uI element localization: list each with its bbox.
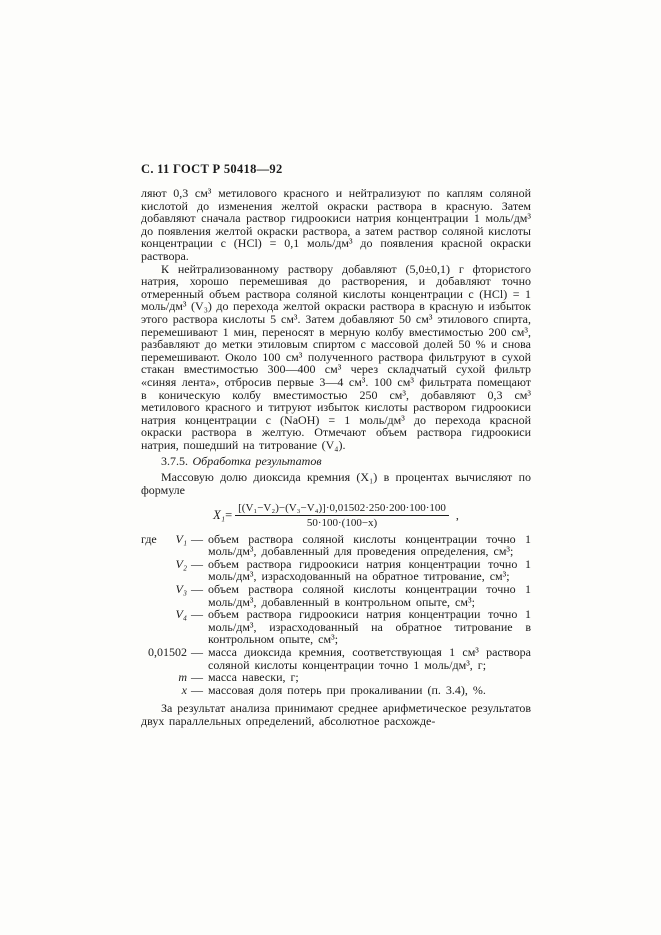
where-dash: —: [187, 683, 203, 697]
formula-trailing-comma: ,: [456, 509, 459, 521]
where-term-coefficient: 0,01502: [148, 645, 187, 659]
where-row-v3: V₃— объем раствора соляной кислоты конце…: [141, 583, 531, 608]
where-desc-x: массовая доля потерь при прокаливании (п…: [208, 684, 531, 697]
formula-mass-fraction: X₁= [(V₁−V₂)−(V₃−V₄)]·0,01502·250·200·10…: [141, 502, 531, 529]
formula-lhs: X₁=: [213, 509, 232, 521]
formula-denominator: 50·100·(100−x): [235, 516, 449, 529]
where-desc-coefficient: масса диоксида кремния, соответствующая …: [208, 646, 531, 671]
running-head: С. 11 ГОСТ Р 50418—92: [141, 163, 531, 176]
section-heading-3-7-5: 3.7.5. Обработка результатов: [141, 455, 531, 468]
formula-numerator: [(V₁−V₂)−(V₃−V₄)]·0,01502·250·200·100·10…: [235, 502, 449, 516]
paragraph-continued-from-previous-page: ляют 0,3 см³ метилового красного и нейтр…: [141, 187, 531, 263]
paragraph-mass-fraction-intro: Массовую долю диоксида кремния (X₁) в пр…: [141, 471, 531, 496]
where-row-m: m— масса навески, г;: [141, 671, 531, 684]
where-term-v3: V₃: [175, 582, 187, 596]
where-desc-v2: объем раствора гидроокиси натрия концент…: [208, 558, 531, 583]
where-dash: —: [187, 557, 203, 571]
where-row-00152-coefficient: 0,01502— масса диоксида кремния, соответ…: [141, 646, 531, 671]
where-term-v4: V₄: [175, 607, 187, 621]
where-dash: —: [187, 607, 203, 621]
scanned-document-page: С. 11 ГОСТ Р 50418—92 ляют 0,3 см³ метил…: [0, 0, 661, 935]
text-block: С. 11 ГОСТ Р 50418—92 ляют 0,3 см³ метил…: [141, 163, 531, 728]
where-dash: —: [187, 532, 203, 546]
where-term-v2: V₂: [175, 557, 187, 571]
where-row-v4: V₄— объем раствора гидроокиси натрия кон…: [141, 608, 531, 646]
section-number: 3.7.5.: [161, 454, 188, 468]
section-title: Обработка результатов: [193, 454, 322, 468]
where-dash: —: [187, 582, 203, 596]
where-desc-m: масса навески, г;: [208, 671, 531, 684]
where-row-v1: V₁— объем раствора соляной кислоты конце…: [141, 533, 531, 558]
where-label: где: [141, 533, 157, 546]
where-dash: —: [187, 645, 203, 659]
where-desc-v3: объем раствора соляной кислоты концентра…: [208, 583, 531, 608]
where-desc-v4: объем раствора гидроокиси натрия концент…: [208, 608, 531, 646]
formula-equals-sign: =: [225, 508, 232, 522]
where-term-v1: V₁: [175, 532, 187, 546]
paragraph-neutralized-solution: К нейтрализованному раствору добавляют (…: [141, 263, 531, 452]
formula-variable-x1: X₁: [213, 508, 225, 522]
where-row-x: x— массовая доля потерь при прокаливании…: [141, 684, 531, 697]
paragraph-result-average: За результат анализа принимают среднее а…: [141, 702, 531, 727]
where-definition-list: где V₁— объем раствора соляной кислоты к…: [141, 533, 531, 697]
formula-fraction: [(V₁−V₂)−(V₃−V₄)]·0,01502·250·200·100·10…: [235, 502, 449, 529]
where-desc-v1: объем раствора соляной кислоты концентра…: [208, 533, 531, 558]
where-row-v2: V₂— объем раствора гидроокиси натрия кон…: [141, 558, 531, 583]
